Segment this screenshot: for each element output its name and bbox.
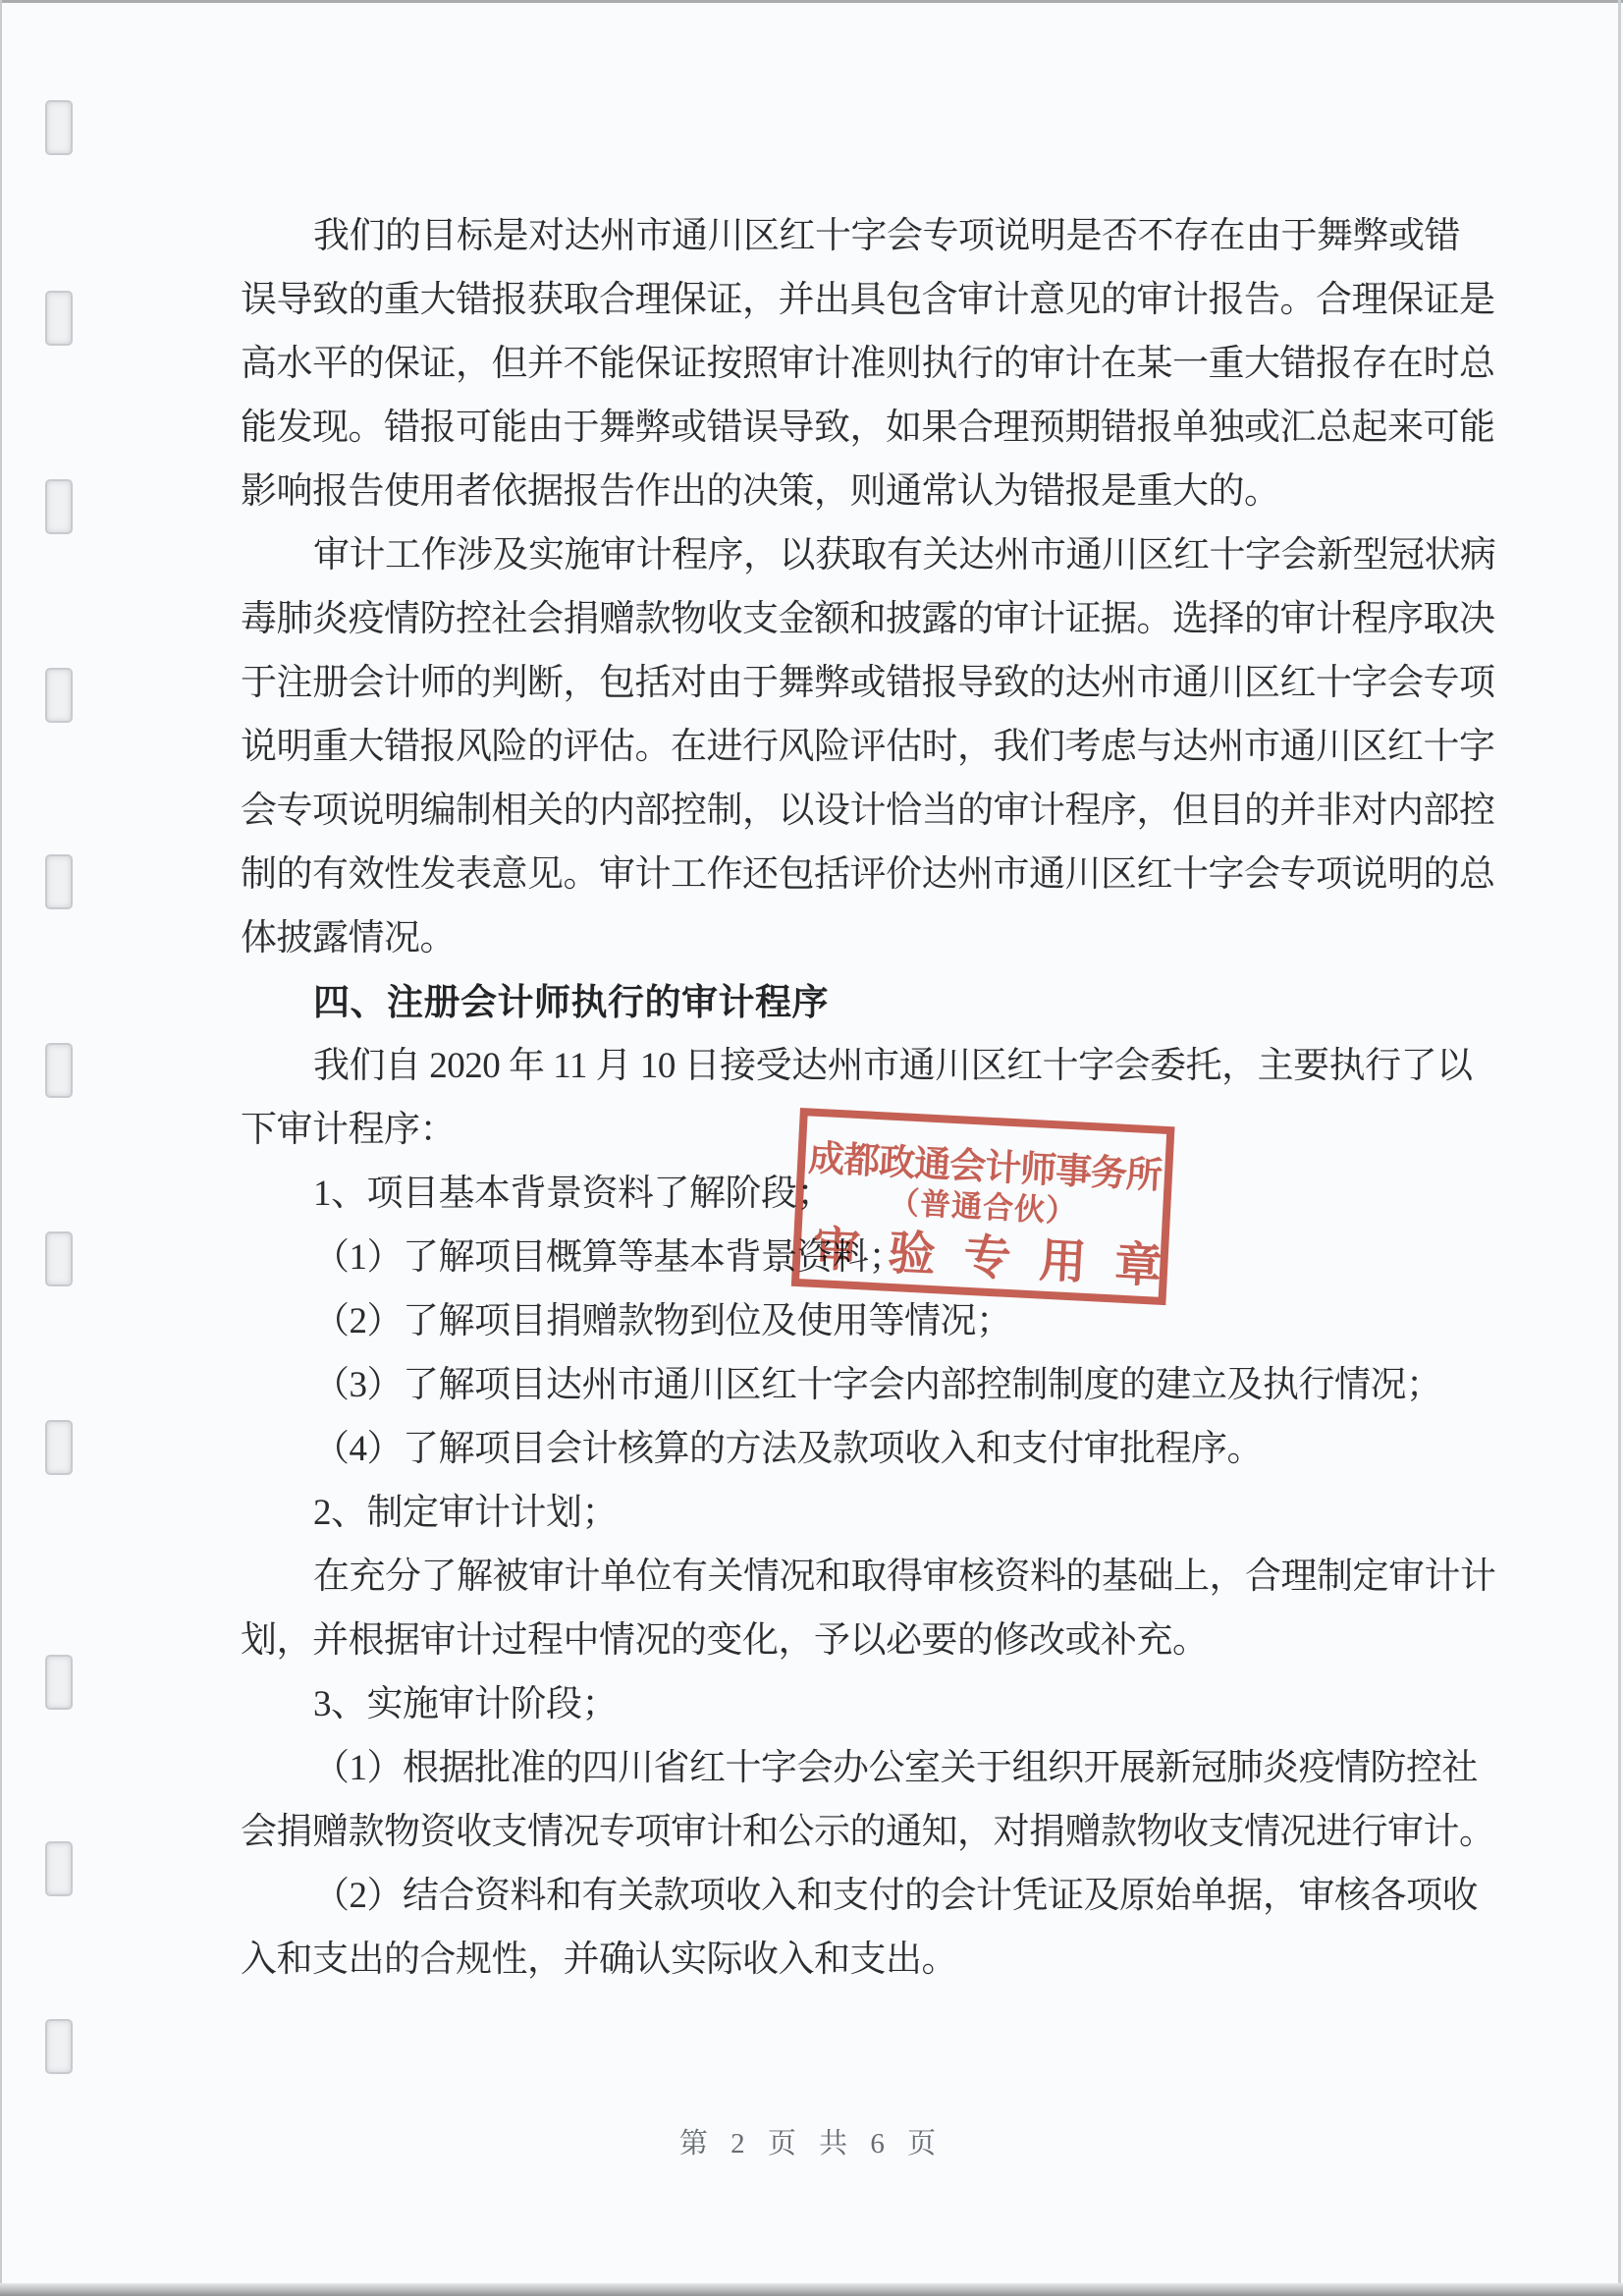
binder-hole xyxy=(45,668,73,723)
binder-hole xyxy=(45,479,73,534)
text-line: 误导致的重大错报获取合理保证，并出具包含审计意见的审计报告。合理保证是 xyxy=(241,278,1495,323)
binder-hole xyxy=(45,1231,73,1286)
text-line: （2）结合资料和有关款项收入和支付的会计凭证及原始单据，审核各项收 xyxy=(241,1874,1478,1919)
text-line: 我们自 2020 年 11 月 10 日接受达州市通川区红十字会委托，主要执行了… xyxy=(241,1044,1473,1089)
text-line: 在充分了解被审计单位有关情况和取得审核资料的基础上，合理制定审计计 xyxy=(241,1555,1496,1600)
text-line: 制的有效性发表意见。审计工作还包括评价达州市通川区红十字会专项说明的总 xyxy=(241,852,1495,898)
text-line: 3、实施审计阶段； xyxy=(241,1682,618,1727)
text-line: 会捐赠款物资收支情况专项审计和公示的通知，对捐赠款物收支情况进行审计。 xyxy=(241,1810,1495,1855)
page-number-footer: 第 2 页 共 6 页 xyxy=(0,2121,1623,2161)
scan-edge-right xyxy=(1618,0,1621,2296)
company-seal-stamp: 成都政通会计师事务所 （普通合伙） 审验专用章 xyxy=(791,1108,1175,1305)
text-line: 毒肺炎疫情防控社会捐赠款物收支金额和披露的审计证据。选择的审计程序取决 xyxy=(241,597,1495,642)
text-line: 我们的目标是对达州市通川区红十字会专项说明是否不存在由于舞弊或错 xyxy=(241,214,1460,259)
text-line: 于注册会计师的判断，包括对由于舞弊或错报导致的达州市通川区红十字会专项 xyxy=(241,661,1495,706)
text-line: 入和支出的合规性，并确认实际收入和支出。 xyxy=(241,1938,957,1983)
text-line: 能发现。错报可能由于舞弊或错误导致，如果合理预期错报单独或汇总起来可能 xyxy=(241,406,1495,451)
text-line: 会专项说明编制相关的内部控制，以设计恰当的审计程序，但目的并非对内部控 xyxy=(241,789,1495,834)
scanned-document-page: 我们的目标是对达州市通川区红十字会专项说明是否不存在由于舞弊或错误导致的重大错报… xyxy=(0,0,1623,2296)
binder-hole xyxy=(45,1841,73,1896)
binder-hole xyxy=(45,1420,73,1475)
text-line: 说明重大错报风险的评估。在进行风险评估时，我们考虑与达州市通川区红十字 xyxy=(241,725,1495,770)
text-line: 影响报告使用者依据报告作出的决策，则通常认为错报是重大的。 xyxy=(241,469,1280,515)
text-line: （1）根据批准的四川省红十字会办公室关于组织开展新冠肺炎疫情防控社 xyxy=(241,1746,1478,1791)
text-line: 1、项目基本背景资料了解阶段； xyxy=(241,1172,833,1217)
text-line: （2）了解项目捐赠款物到位及使用等情况； xyxy=(241,1299,1012,1344)
text-line: 体披露情况。 xyxy=(241,916,456,961)
text-line: 审计工作涉及实施审计程序，以获取有关达州市通川区红十字会新型冠状病 xyxy=(241,533,1496,578)
binder-hole xyxy=(45,1043,73,1098)
binder-hole xyxy=(45,100,73,155)
scan-edge-left xyxy=(0,0,2,2296)
text-line: 划，并根据审计过程中情况的变化，予以必要的修改或补充。 xyxy=(241,1618,1209,1664)
text-line: （3）了解项目达州市通川区红十字会内部控制制度的建立及执行情况； xyxy=(241,1363,1442,1408)
binder-hole xyxy=(45,1655,73,1710)
scan-edge-top xyxy=(0,0,1623,3)
text-line: 下审计程序： xyxy=(241,1108,456,1153)
text-line: 高水平的保证，但并不能保证按照审计准则执行的审计在某一重大错报存在时总 xyxy=(241,342,1495,387)
binder-hole xyxy=(45,2019,73,2074)
text-line: （4）了解项目会计核算的方法及款项收入和支付审批程序。 xyxy=(241,1427,1263,1472)
section-heading: 四、注册会计师执行的审计程序 xyxy=(241,980,829,1025)
scan-edge-bottom xyxy=(0,2283,1623,2296)
text-line: 2、制定审计计划； xyxy=(241,1491,618,1536)
binder-hole xyxy=(45,854,73,909)
binder-hole xyxy=(45,291,73,346)
